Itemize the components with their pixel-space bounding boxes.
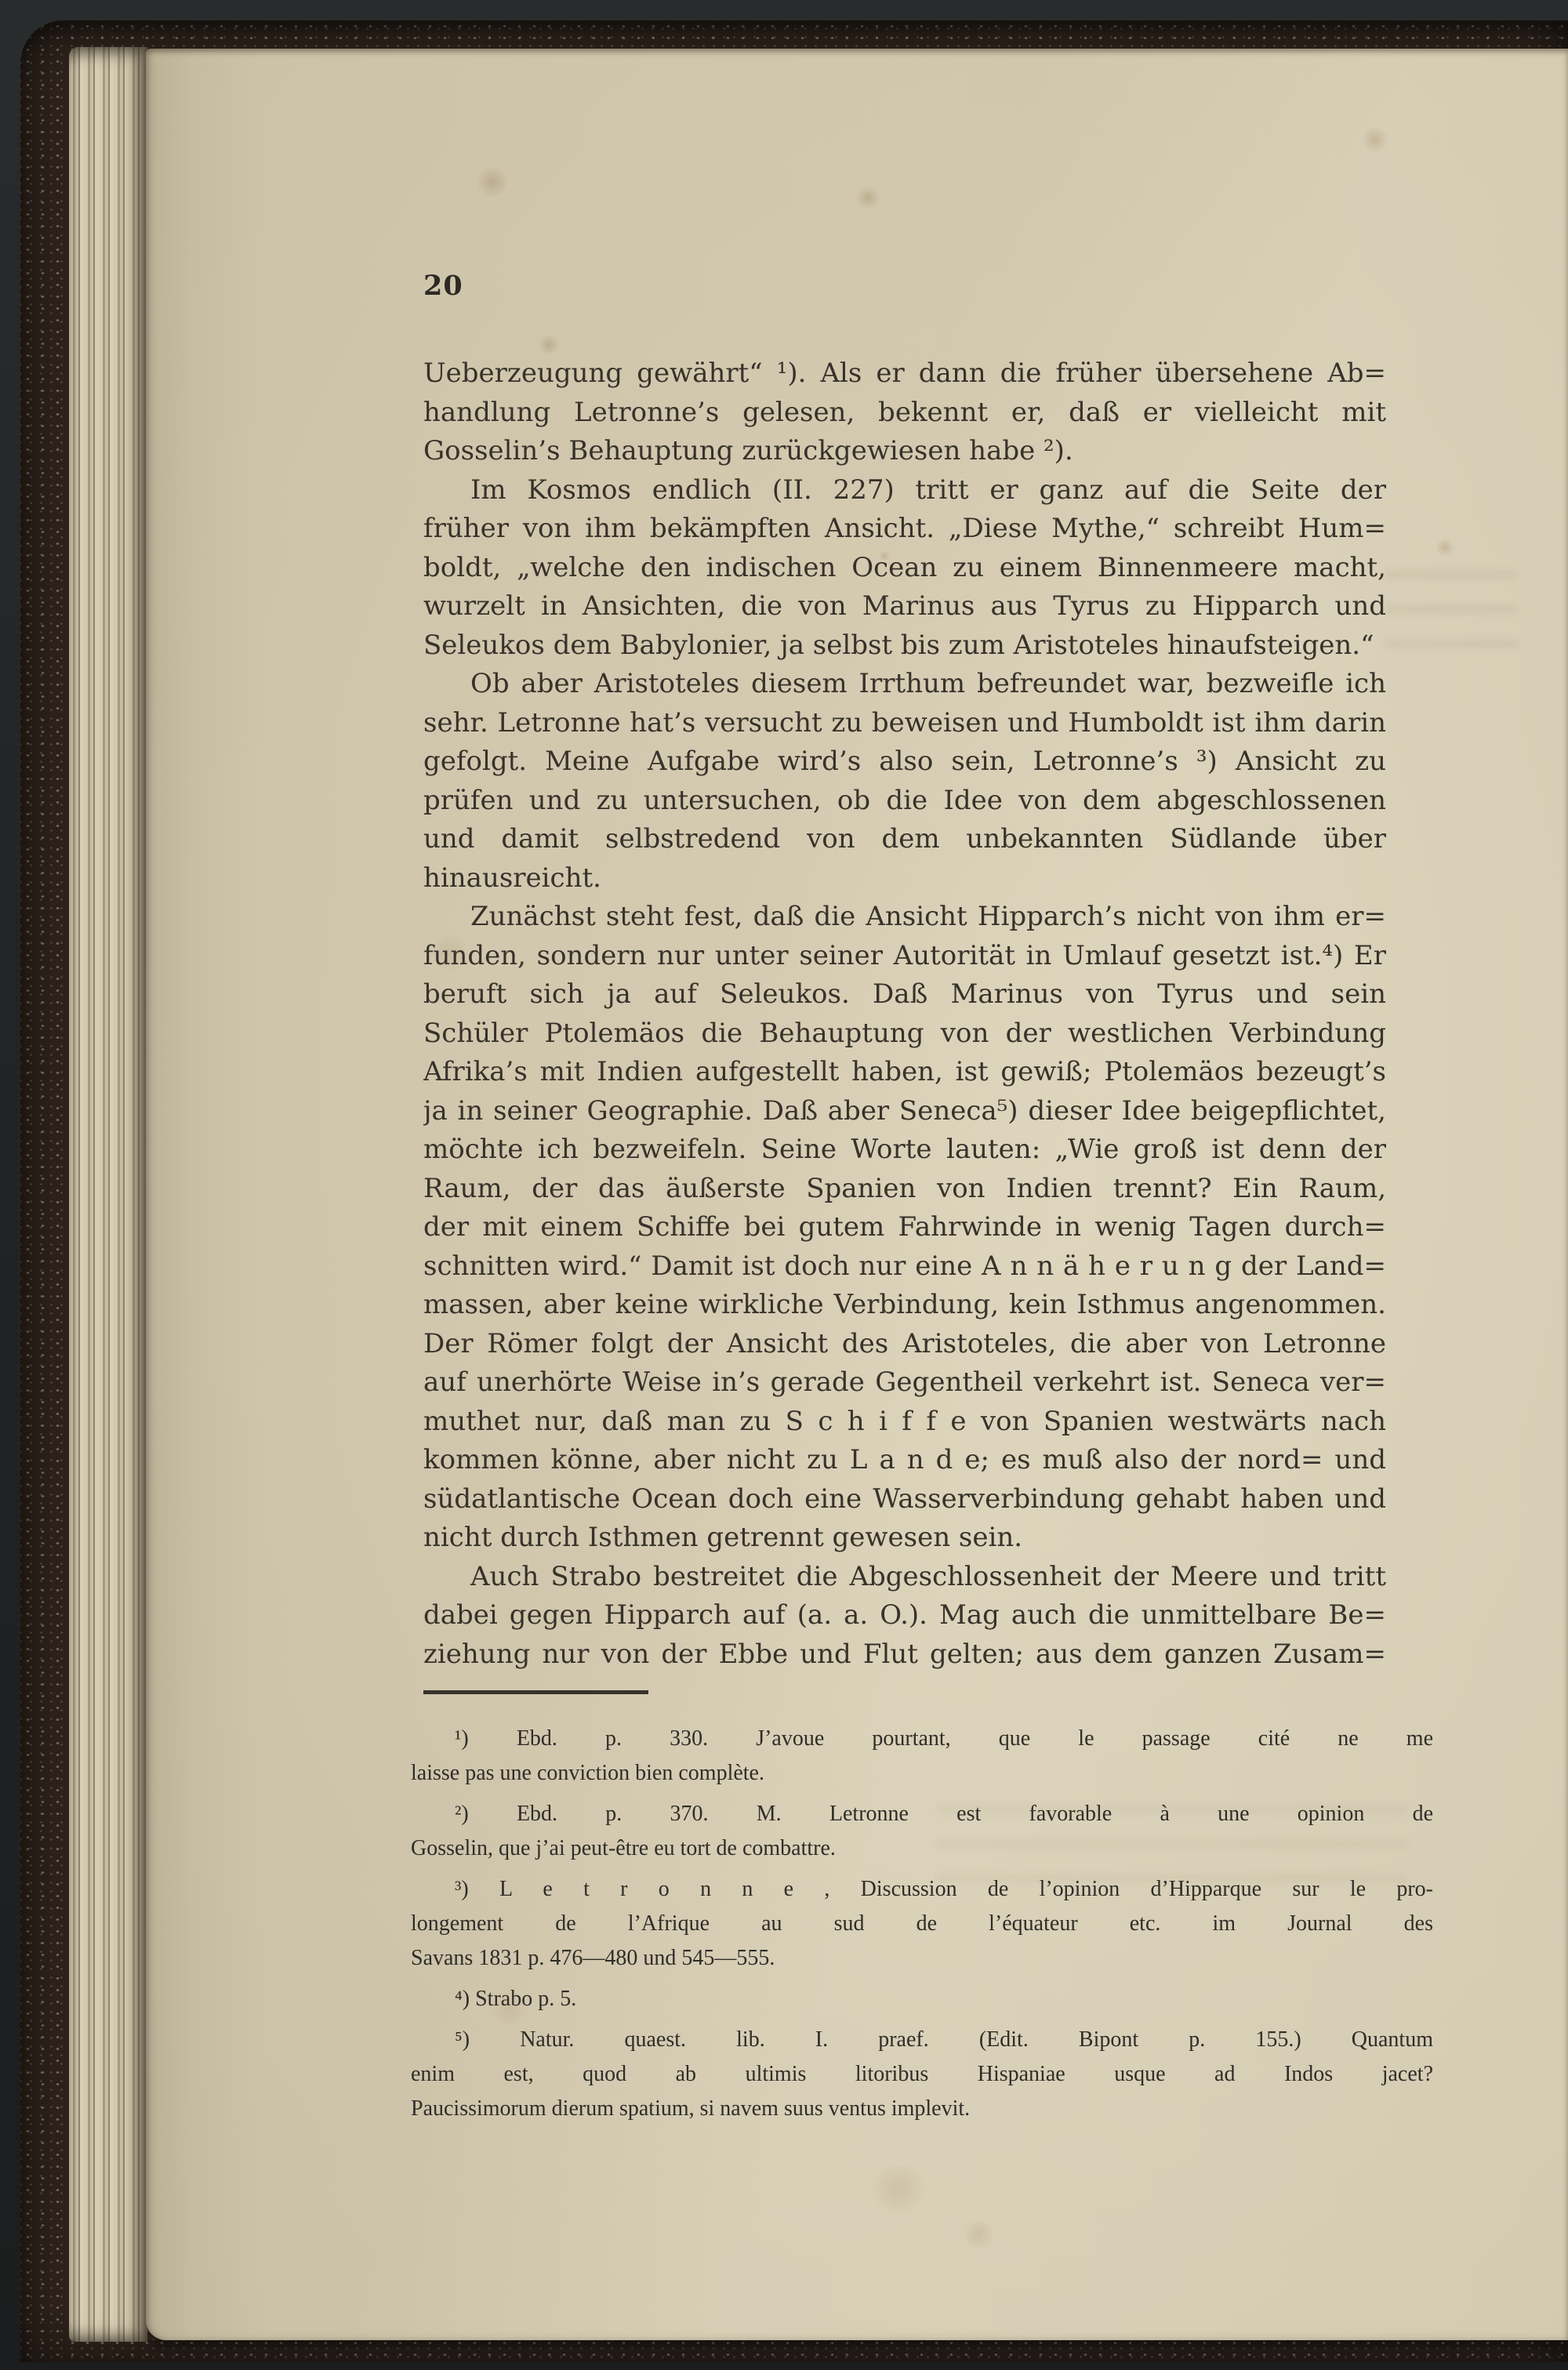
text-line: auf unerhörte Weise in’s gerade Gegenthe…	[423, 1363, 1386, 1403]
text-line: südatlantische Ocean doch eine Wasserver…	[423, 1480, 1386, 1519]
text-line: der mit einem Schiffe bei gutem Fahrwind…	[423, 1208, 1386, 1247]
footnote-line: enim est, quod ab ultimis litoribus Hisp…	[411, 2057, 1433, 2092]
paragraph: Ueberzeugung gewährt“ ¹). Als er dann di…	[423, 354, 1386, 471]
foxing-stain	[855, 186, 880, 209]
footnote-separator	[423, 1690, 648, 1694]
footnote-5: ⁵) Natur. quaest. lib. I. praef. (Edit. …	[411, 2023, 1433, 2126]
footnote-line: ²) Ebd. p. 370. M. Letronne est favorabl…	[411, 1797, 1433, 1831]
text-line: früher von ihm bekämpften Ansicht. „Dies…	[423, 510, 1386, 549]
foxing-stain	[475, 166, 510, 198]
footnote-line: ³) L e t r o n n e , Discussion de l’opi…	[411, 1872, 1433, 1907]
text-line: Afrika’s mit Indien aufgestellt haben, i…	[423, 1053, 1386, 1092]
text-line: Seleukos dem Babylonier, ja selbst bis z…	[423, 626, 1386, 666]
text-line: handlung Letronne’s gelesen, bekennt er,…	[423, 394, 1386, 433]
footnote-line: ⁵) Natur. quaest. lib. I. praef. (Edit. …	[411, 2023, 1433, 2057]
text-line: Ueberzeugung gewährt“ ¹). Als er dann di…	[423, 354, 1386, 394]
page-edges-stack	[69, 47, 147, 2342]
text-line: boldt, „welche den indischen Ocean zu ei…	[423, 549, 1386, 588]
foxing-stain	[1361, 127, 1389, 152]
foxing-stain	[867, 2165, 930, 2212]
text-line: wurzelt in Ansichten, die von Marinus au…	[423, 587, 1386, 626]
text-line: Gosselin’s Behauptung zurückgewiesen hab…	[423, 432, 1386, 471]
page-number: 20	[423, 270, 463, 302]
paragraph: Auch Strabo bestreitet die Abgeschlossen…	[423, 1558, 1386, 1675]
footnote-2: ²) Ebd. p. 370. M. Letronne est favorabl…	[411, 1797, 1433, 1866]
footnote-line: laisse pas une conviction bien complète.	[411, 1756, 1433, 1791]
book-scan-scene: 20 Ueberzeugung gewährt“ ¹). Als er dann…	[0, 0, 1568, 2370]
paragraph: Im Kosmos endlich (II. 227) tritt er gan…	[423, 471, 1386, 666]
main-text: Ueberzeugung gewährt“ ¹). Als er dann di…	[423, 354, 1386, 1674]
text-line: gefolgt. Meine Aufgabe wird’s also sein,…	[423, 742, 1386, 782]
text-line: Schüler Ptolemäos die Behauptung von der…	[423, 1014, 1386, 1054]
footnote-line: longement de l’Afrique au sud de l’équat…	[411, 1907, 1433, 1941]
foxing-stain	[961, 2220, 996, 2248]
text-line: sehr. Letronne hat’s versucht zu beweise…	[423, 704, 1386, 743]
footnote-3: ³) L e t r o n n e , Discussion de l’opi…	[411, 1872, 1433, 1976]
text-line: dabei gegen Hipparch auf (a. a. O.). Mag…	[423, 1596, 1386, 1635]
text-line: nicht durch Isthmen getrennt gewesen sei…	[423, 1519, 1386, 1558]
text-line: Raum, der das äußerste Spanien von Indie…	[423, 1170, 1386, 1209]
footnotes: ¹) Ebd. p. 330. J’avoue pourtant, que le…	[411, 1722, 1433, 2132]
foxing-stain	[1436, 539, 1454, 556]
text-line: hinausreicht.	[423, 859, 1386, 898]
footnote-1: ¹) Ebd. p. 330. J’avoue pourtant, que le…	[411, 1722, 1433, 1791]
footnote-line: ⁴) Strabo p. 5.	[411, 1982, 1433, 2016]
text-line: Zunächst steht fest, daß die Ansicht Hip…	[423, 898, 1386, 937]
text-line: schnitten wird.“ Damit ist doch nur eine…	[423, 1247, 1386, 1287]
text-line: ziehung nur von der Ebbe und Flut gelten…	[423, 1635, 1386, 1675]
text-line: ja in seiner Geographie. Daß aber Seneca…	[423, 1092, 1386, 1131]
text-line: kommen könne, aber nicht zu L a n d e; e…	[423, 1441, 1386, 1480]
text-line: beruft sich ja auf Seleukos. Daß Marinus…	[423, 975, 1386, 1014]
text-line: Ob aber Aristoteles diesem Irrthum befre…	[423, 665, 1386, 704]
foxing-stain	[538, 335, 560, 355]
text-line: muthet nur, daß man zu S c h i f f e von…	[423, 1403, 1386, 1442]
text-line: Der Römer folgt der Ansicht des Aristote…	[423, 1325, 1386, 1364]
show-through-text	[1385, 570, 1518, 648]
text-line: massen, aber keine wirkliche Verbindung,…	[423, 1286, 1386, 1325]
text-line: Auch Strabo bestreitet die Abgeschlossen…	[423, 1558, 1386, 1597]
text-line: möchte ich bezweifeln. Seine Worte laute…	[423, 1131, 1386, 1170]
text-line: und damit selbstredend von dem unbekannt…	[423, 820, 1386, 859]
footnote-line: ¹) Ebd. p. 330. J’avoue pourtant, que le…	[411, 1722, 1433, 1756]
footnote-4: ⁴) Strabo p. 5.	[411, 1982, 1433, 2016]
footnote-line: Paucissimorum dierum spatium, si navem s…	[411, 2092, 1433, 2126]
footnote-line: Gosselin, que j’ai peut-être eu tort de …	[411, 1831, 1433, 1866]
text-line: prüfen und zu untersuchen, ob die Idee v…	[423, 782, 1386, 821]
paragraph: Zunächst steht fest, daß die Ansicht Hip…	[423, 898, 1386, 1558]
text-line: Im Kosmos endlich (II. 227) tritt er gan…	[423, 471, 1386, 510]
text-line: funden, sondern nur unter seiner Autorit…	[423, 937, 1386, 976]
paragraph: Ob aber Aristoteles diesem Irrthum befre…	[423, 665, 1386, 898]
footnote-line: Savans 1831 p. 476—480 und 545—555.	[411, 1941, 1433, 1976]
